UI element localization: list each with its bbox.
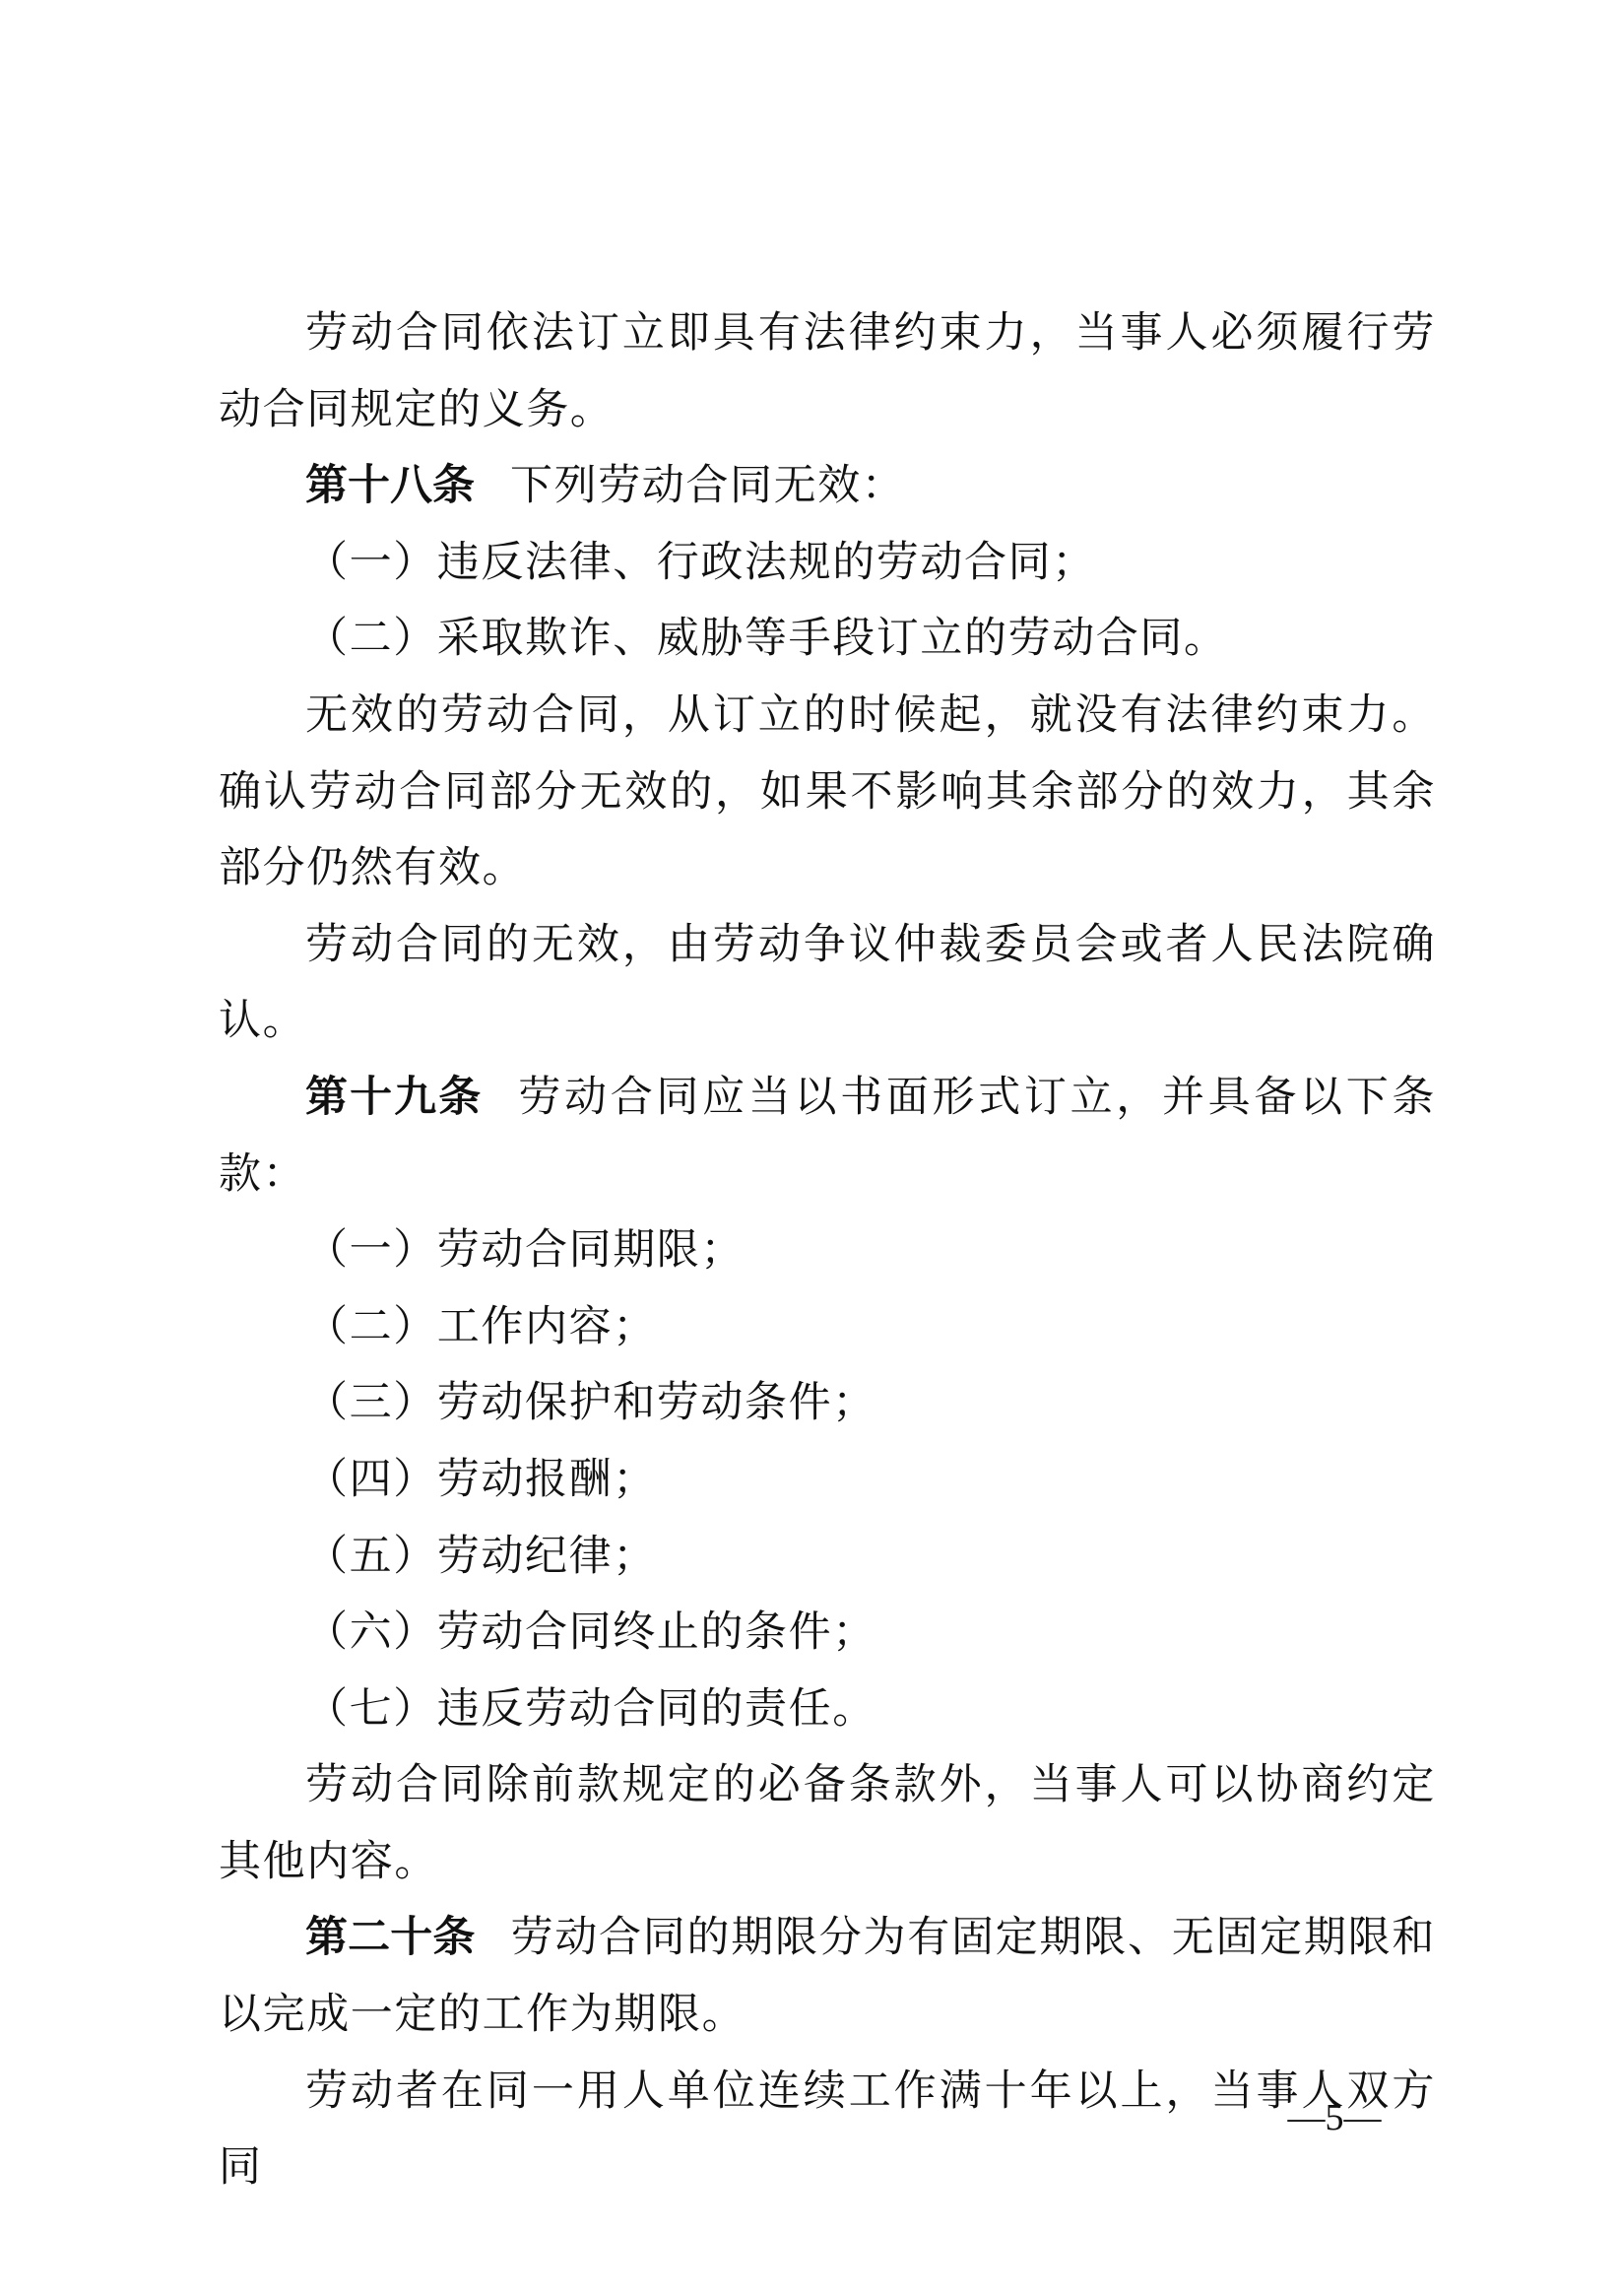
list-item: （五）劳动纪律； (219, 1519, 1436, 1596)
paragraph-invalid-confirmation: 劳动合同的无效，由劳动争议仲裁委员会或者人民法院确认。 (219, 907, 1436, 1060)
article-heading: 第十九条 (305, 1073, 483, 1122)
list-item: （三）劳动保护和劳动条件； (219, 1365, 1436, 1442)
page-number: —5— (1280, 2096, 1389, 2139)
list-item: （二）工作内容； (219, 1289, 1436, 1366)
article-text: 下列劳动合同无效： (510, 461, 905, 510)
document-body: 劳动合同依法订立即具有法律约束力，当事人必须履行劳动合同规定的义务。 第十八条下… (219, 295, 1436, 2206)
article-20: 第二十条劳动合同的期限分为有固定期限、无固定期限和以完成一定的工作为期限。 (219, 1900, 1436, 2053)
list-item: （二）采取欺诈、威胁等手段订立的劳动合同。 (219, 601, 1436, 678)
paragraph-invalid-contract: 无效的劳动合同，从订立的时候起，就没有法律约束力。确认劳动合同部分无效的，如果不… (219, 678, 1436, 907)
article-heading: 第十八条 (305, 461, 475, 510)
paragraph-ten-years: 劳动者在同一用人单位连续工作满十年以上，当事人双方同 (219, 2054, 1436, 2206)
list-item: （六）劳动合同终止的条件； (219, 1595, 1436, 1672)
paragraph-binding-force: 劳动合同依法订立即具有法律约束力，当事人必须履行劳动合同规定的义务。 (219, 295, 1436, 448)
list-item: （一）违反法律、行政法规的劳动合同； (219, 525, 1436, 602)
list-item: （四）劳动报酬； (219, 1442, 1436, 1519)
list-item: （一）劳动合同期限； (219, 1213, 1436, 1289)
article-18: 第十八条下列劳动合同无效： (219, 448, 1436, 525)
paragraph-other-content: 劳动合同除前款规定的必备条款外，当事人可以协商约定其他内容。 (219, 1747, 1436, 1900)
article-19: 第十九条劳动合同应当以书面形式订立，并具备以下条款： (219, 1060, 1436, 1213)
list-item: （七）违反劳动合同的责任。 (219, 1672, 1436, 1748)
article-heading: 第二十条 (305, 1913, 476, 1962)
document-page: 劳动合同依法订立即具有法律约束力，当事人必须履行劳动合同规定的义务。 第十八条下… (0, 0, 1621, 2296)
